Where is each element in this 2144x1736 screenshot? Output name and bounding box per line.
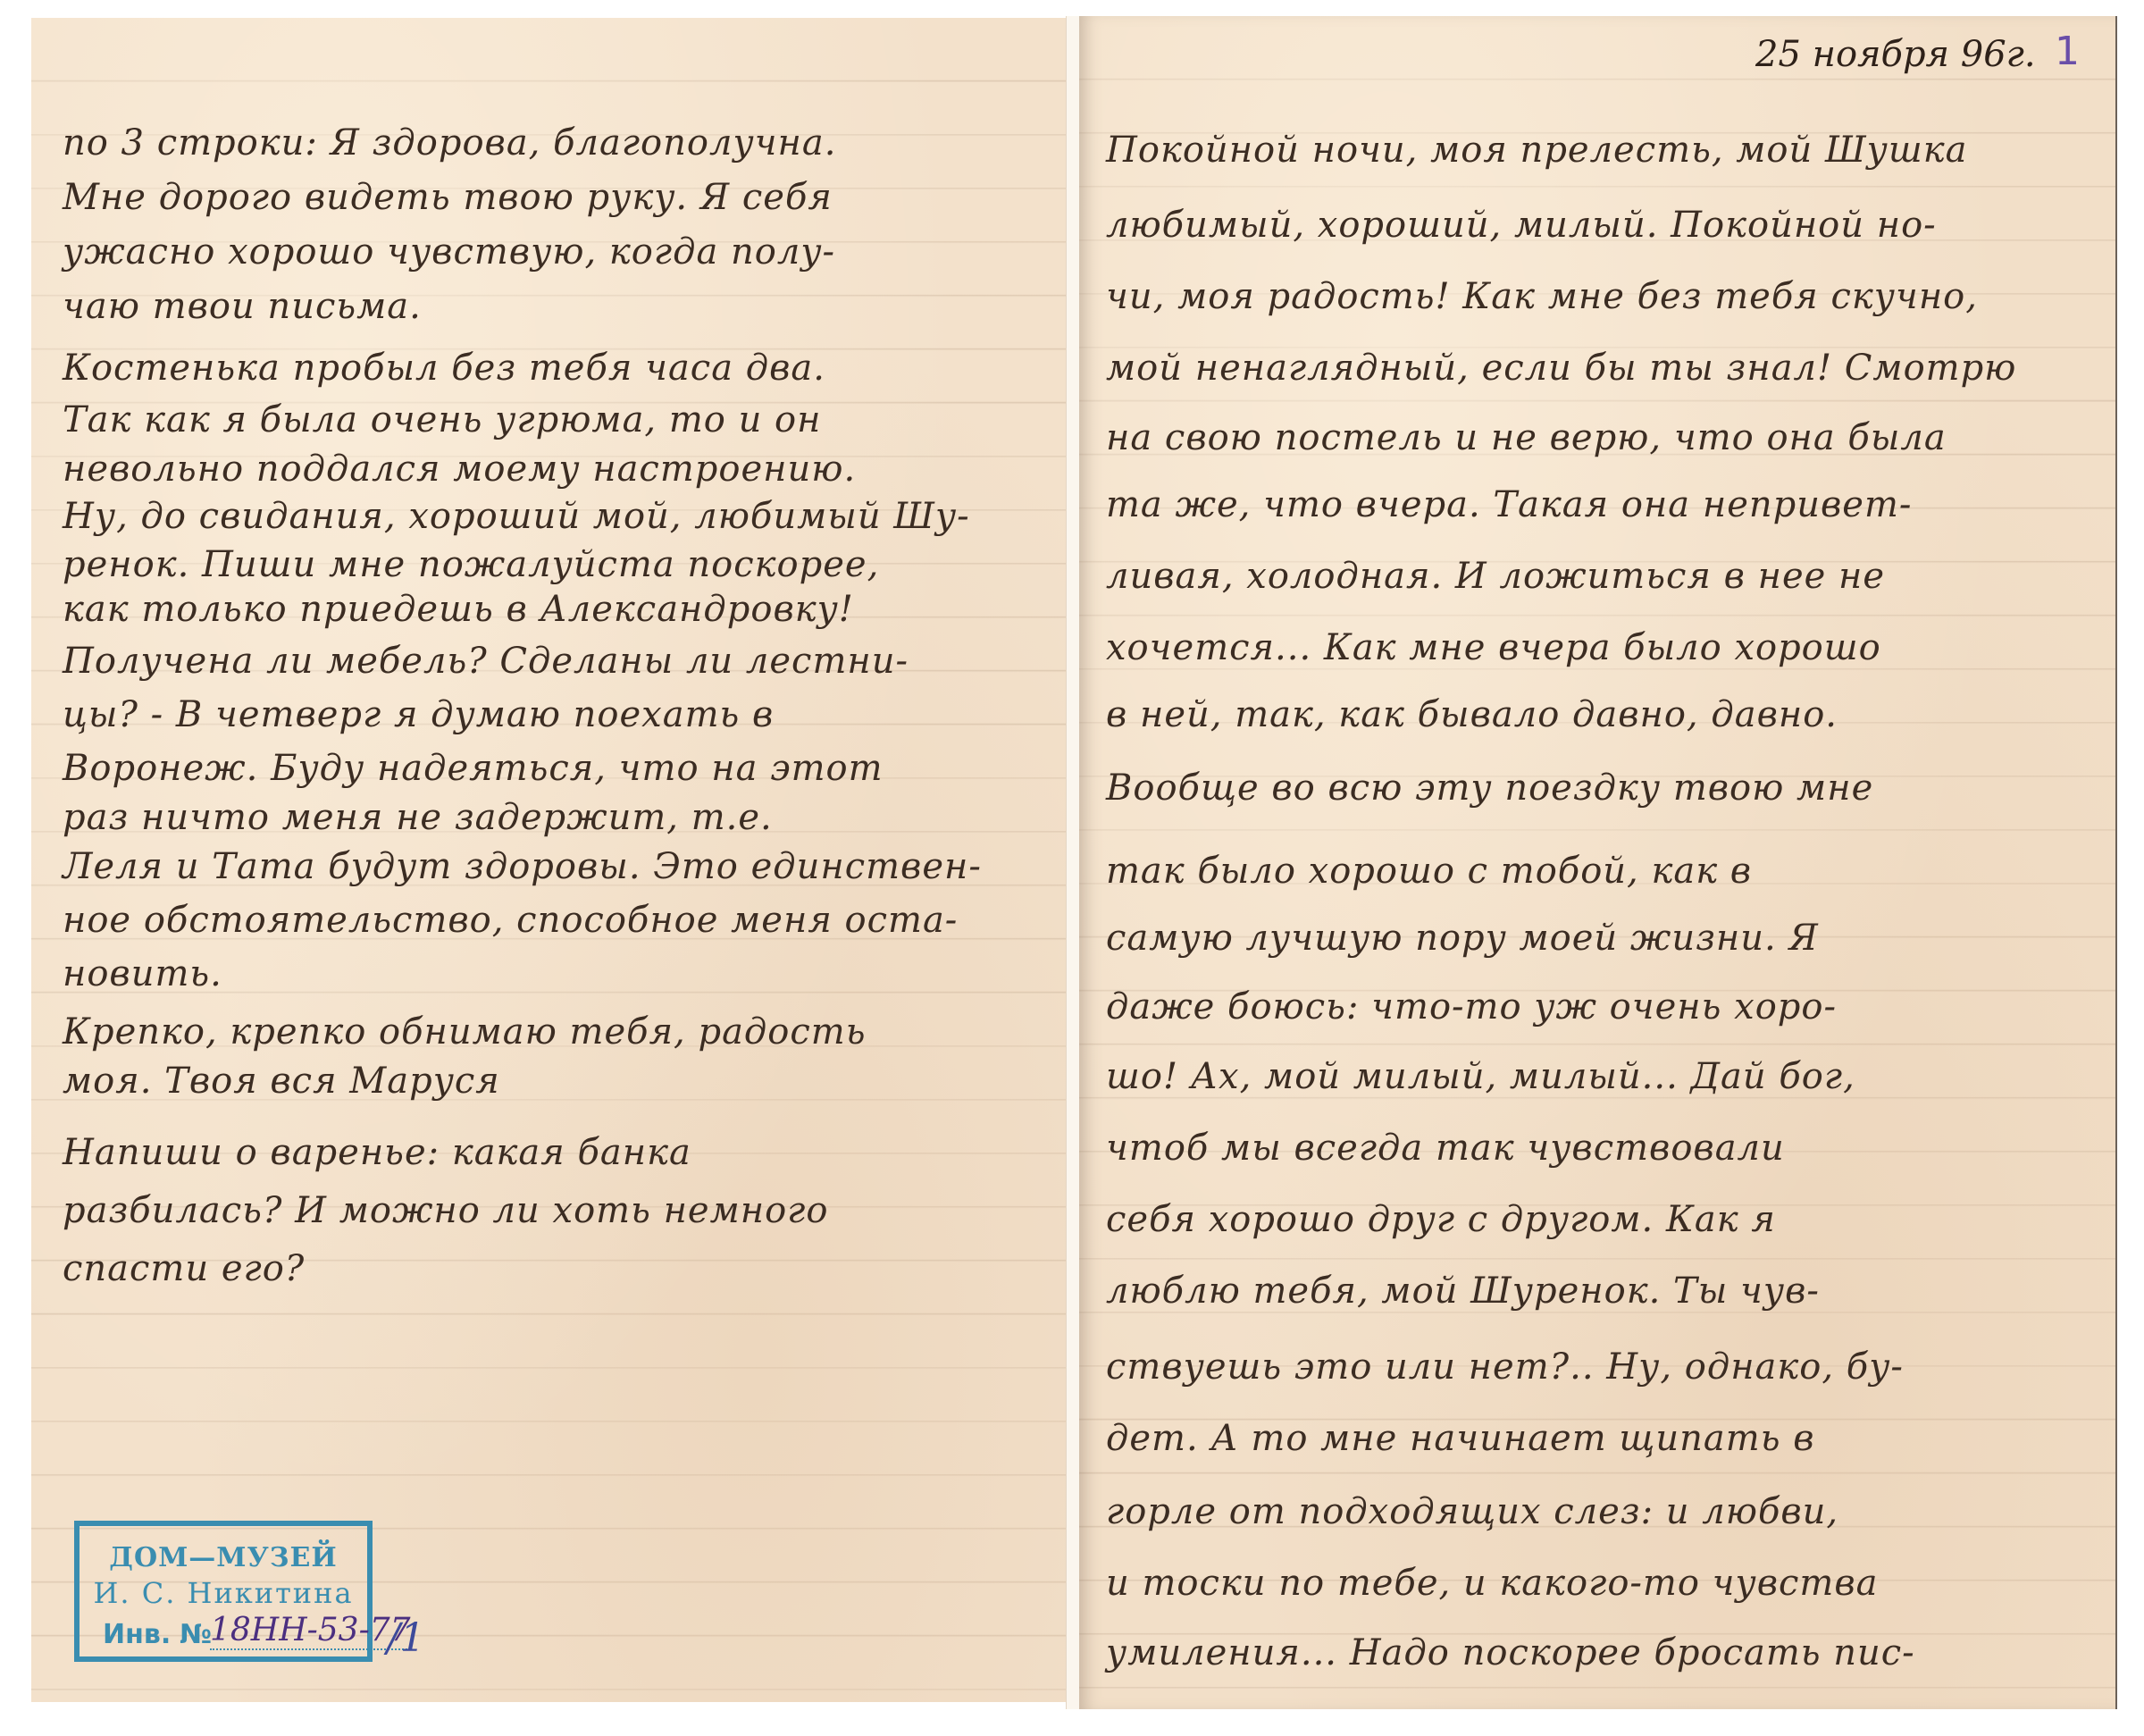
text-line: Ну, до свидания, хороший мой, любимый Шу… [63,499,970,534]
text-line: чтоб мы всегда так чувствовали [1106,1130,1785,1166]
text-line: Костенька пробыл без тебя часа два. [63,350,825,386]
text-line: себя хорошо друг с другом. Как я [1106,1202,1776,1237]
text-line: спасти его? [63,1251,305,1287]
text-line: ное обстоятельство, способное меня оста- [63,902,958,938]
text-line: мой ненаглядный, если бы ты знал! Смотрю [1106,350,2016,386]
text-line: люблю тебя, мой Шуренок. Ты чув- [1106,1273,1820,1309]
stamp-museum-name: ДОМ—МУЗЕЙ [80,1542,367,1573]
text-line: умиления... Надо поскорее бросать пис- [1106,1635,1915,1671]
stamp-museum-person: И. С. Никитина [80,1576,367,1610]
text-line: Вообще во всю эту поездку твою мне [1106,770,1873,806]
text-line: на свою постель и не верю, что она была [1106,420,1947,456]
text-line: ствуешь это или нет?.. Ну, однако, бу- [1106,1349,1904,1385]
page-number: 1 [2055,29,2080,74]
text-line: так было хорошо с тобой, как в [1106,853,1752,889]
sheet-mark: /1 [387,1615,425,1661]
text-line: цы? - В четверг я думаю поехать в [63,697,774,733]
text-line: Мне дорого видеть твою руку. Я себя [63,180,833,215]
text-line: Покойной ночи, моя прелесть, мой Шушка [1106,132,1967,168]
text-line: любимый, хороший, милый. Покойной но- [1106,207,1937,243]
text-line: ливая, холодная. И ложиться в нее не [1106,558,1885,594]
text-line: горле от подходящих слез: и любви, [1106,1494,1838,1530]
text-line: Получена ли мебель? Сделаны ли лестни- [63,643,909,679]
text-line: ужасно хорошо чувствую, когда полу- [63,234,835,270]
text-line: та же, что вчера. Такая она непривет- [1106,487,1912,523]
text-line: и тоски по тебе, и какого-то чувства [1106,1565,1878,1601]
text-line: невольно поддался моему настроению. [63,451,856,487]
text-line: чаю твои письма. [63,289,422,324]
text-line: самую лучшую пору моей жизни. Я [1106,920,1819,956]
text-line: Напиши о варенье: какая банка [63,1135,691,1170]
text-line: чи, моя радость! Как мне без тебя скучно… [1106,279,1978,314]
text-line: новить. [63,956,222,992]
text-line: в ней, так, как бывало давно, давно. [1106,697,1838,733]
text-line: Крепко, крепко обнимаю тебя, радость [63,1014,866,1050]
text-line: дет. А то мне начинает щипать в [1106,1421,1814,1456]
stamp-inventory-number: 18НН-53-77 [210,1612,411,1650]
text-line: моя. Твоя вся Маруся [63,1063,500,1099]
text-line: даже боюсь: что-то уж очень хоро- [1106,989,1837,1025]
text-line: раз ничто меня не задержит, т.е. [63,800,773,835]
text-line: шо! Ах, мой милый, милый... Дай бог, [1106,1059,1855,1094]
letter-date: 25 ноября 96г. [1755,34,2036,75]
text-line: хочется... Как мне вчера было хорошо [1106,630,1881,666]
text-line: как только приедешь в Александровку! [63,591,854,627]
stamp-inventory-label: Инв. [103,1619,171,1650]
text-line: Воронеж. Буду надеяться, что на этот [63,751,884,786]
text-line: Леля и Тата будут здоровы. Это единствен… [63,849,982,885]
museum-stamp: ДОМ—МУЗЕЙ И. С. Никитина Инв. № 18НН-53-… [74,1521,373,1662]
text-line: разбилась? И можно ли хоть немного [63,1193,828,1229]
text-line: Так как я была очень угрюма, то и он [63,402,821,438]
text-line: ренок. Пиши мне пожалуйста поскорее, [63,547,879,583]
stamp-number-sign: № [180,1619,212,1650]
text-line: по 3 строки: Я здорова, благополучна. [63,125,836,161]
